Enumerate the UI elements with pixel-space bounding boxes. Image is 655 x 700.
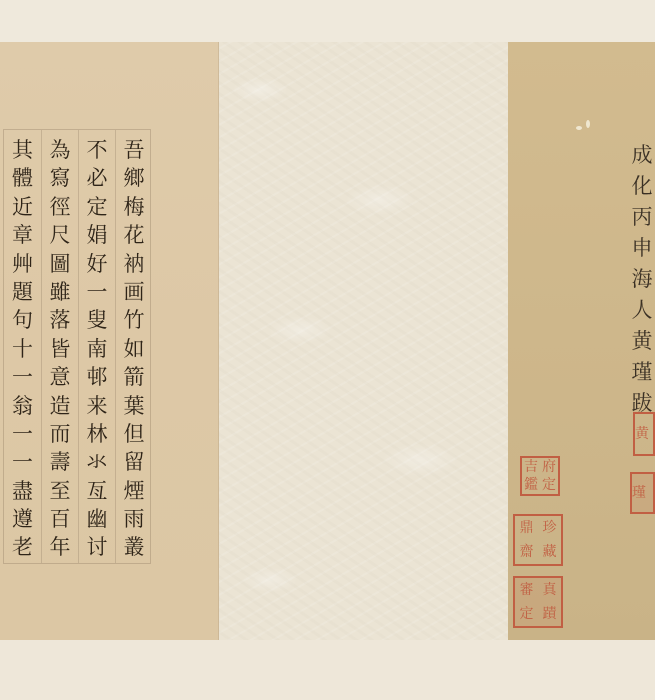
calligraphy-character: 林 [87,420,108,448]
calligraphy-character: 好 [87,250,108,278]
colophon-panel-right: 成化丙申海人黄瑾跋 黄 瑾 吉府鑑定 鼎珍齋藏 審真定蹟 [508,42,655,640]
column-grid: 其體近章艸題句十一翁一一盡遵老 為寫徑尺圖雖落皆意造而壽至百年 不必定娟好一叟南… [3,129,151,564]
calligraphy-character: 年 [50,533,71,561]
calligraphy-character: 皆 [50,335,71,363]
calligraphy-character: 瑾 [632,357,653,388]
calligraphy-character: 一 [12,420,33,448]
calligraphy-character: 成 [632,140,653,171]
calligraphy-character: 其 [12,136,33,164]
text-column-1: 吾鄉梅花衲画竹如箭葉但留煙雨叢 [115,130,152,563]
calligraphy-character: 氺 [87,448,108,476]
calligraphy-character: 但 [124,420,145,448]
calligraphy-character: 黄 [632,326,653,357]
calligraphy-character: 海 [632,264,653,295]
calligraphy-character: 章 [12,221,33,249]
calligraphy-character: 娟 [87,221,108,249]
paper-speck [576,126,582,130]
mount-border-top [0,0,655,42]
seal-collection-3: 審真定蹟 [513,576,563,628]
calligraphy-character: 造 [50,392,71,420]
calligraphy-character: 落 [50,306,71,334]
calligraphy-character: 十 [12,335,33,363]
calligraphy-character: 花 [124,221,145,249]
calligraphy-character: 壽 [50,448,71,476]
paper-speck [586,120,590,128]
seal-glyph: 瑾 [632,486,646,500]
calligraphy-character: 句 [12,306,33,334]
calligraphy-character: 徑 [50,193,71,221]
calligraphy-character: 一 [87,278,108,306]
calligraphy-character: 近 [12,193,33,221]
calligraphy-character: 圖 [50,250,71,278]
calligraphy-character: 衲 [124,250,145,278]
seal-right-second: 瑾 [630,472,655,514]
seal-glyph: 黄 [635,427,649,441]
calligraphy-character: 寫 [50,164,71,192]
calligraphy-character: 化 [632,171,653,202]
calligraphy-character: 叢 [124,533,145,561]
calligraphy-character: 邨 [87,363,108,391]
calligraphy-character: 南 [87,335,108,363]
calligraphy-character: 至 [50,477,71,505]
calligraphy-character: 必 [87,164,108,192]
seal-collection-2: 鼎珍齋藏 [513,514,563,566]
calligraphy-character: 丙 [632,202,653,233]
text-column-2: 不必定娟好一叟南邨来林氺亙幽讨 [78,130,115,563]
seal-top-right: 黄 [633,412,655,456]
calligraphy-character: 来 [87,392,108,420]
calligraphy-character: 人 [632,295,653,326]
calligraphy-character: 箭 [124,363,145,391]
calligraphy-panel-left: 其體近章艸題句十一翁一一盡遵老 為寫徑尺圖雖落皆意造而壽至百年 不必定娟好一叟南… [0,42,219,640]
calligraphy-character: 一 [12,448,33,476]
calligraphy-character: 如 [124,335,145,363]
calligraphy-character: 申 [632,233,653,264]
calligraphy-character: 為 [50,136,71,164]
calligraphy-character: 艸 [12,250,33,278]
calligraphy-character: 一 [12,363,33,391]
calligraphy-character: 定 [87,193,108,221]
calligraphy-character: 遵 [12,505,33,533]
calligraphy-character: 竹 [124,306,145,334]
calligraphy-character: 盡 [12,477,33,505]
calligraphy-character: 葉 [124,392,145,420]
calligraphy-character: 煙 [124,477,145,505]
calligraphy-character: 讨 [87,533,108,561]
text-column-3: 為寫徑尺圖雖落皆意造而壽至百年 [41,130,78,563]
calligraphy-character: 梅 [124,193,145,221]
calligraphy-character: 吾 [124,136,145,164]
calligraphy-character: 雖 [50,278,71,306]
seal-appraisal-1: 吉府鑑定 [520,456,560,496]
calligraphy-character: 幽 [87,505,108,533]
calligraphy-character: 而 [50,420,71,448]
calligraphy-character: 亙 [87,477,108,505]
calligraphy-character: 意 [50,363,71,391]
mount-border-bottom [0,640,655,700]
calligraphy-character: 不 [87,136,108,164]
calligraphy-character: 翁 [12,392,33,420]
calligraphy-character: 尺 [50,221,71,249]
calligraphy-character: 老 [12,533,33,561]
calligraphy-character: 體 [12,164,33,192]
calligraphy-character: 百 [50,505,71,533]
colophon-inscription: 成化丙申海人黄瑾跋 [629,140,655,419]
calligraphy-character: 画 [124,278,145,306]
calligraphy-character: 鄉 [124,164,145,192]
calligraphy-character: 雨 [124,505,145,533]
calligraphy-character: 題 [12,278,33,306]
calligraphy-character: 叟 [87,306,108,334]
calligraphy-character: 留 [124,448,145,476]
text-column-4: 其體近章艸題句十一翁一一盡遵老 [4,130,41,563]
